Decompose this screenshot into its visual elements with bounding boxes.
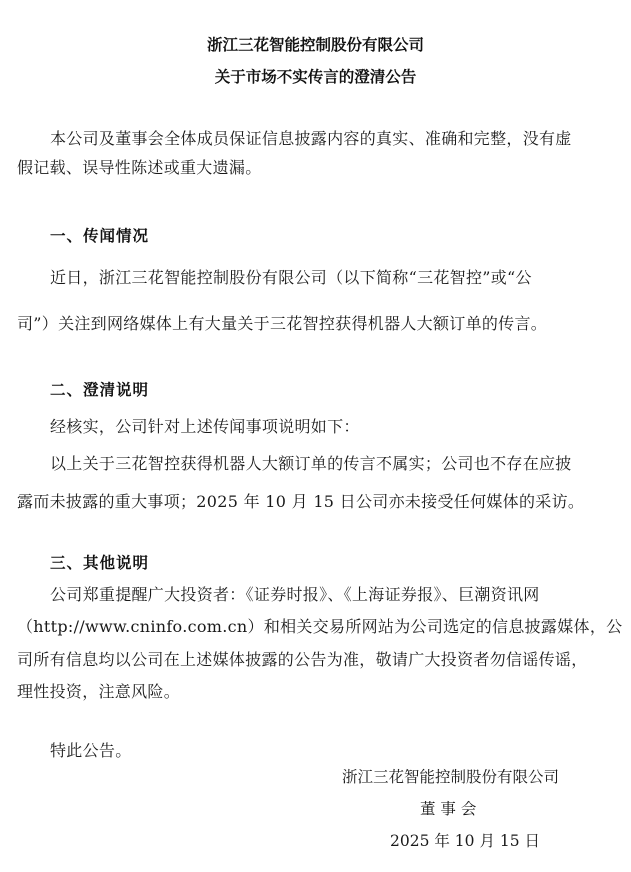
- section-other-line-1: 公司郑重提醒广大投资者：《证券时报》、《上海证券报》、巨潮资讯网: [50, 582, 540, 605]
- intro-line-1: 本公司及董事会全体成员保证信息披露内容的真实、准确和完整，没有虚: [50, 126, 572, 149]
- section-other-line-4: 理性投资，注意风险。: [17, 679, 180, 702]
- section-clarification-line-1: 经核实，公司针对上述传闻事项说明如下：: [50, 414, 360, 437]
- section-heading-clarification: 二、澄清说明: [50, 378, 149, 400]
- section-clarification-line-2: 以上关于三花智控获得机器人大额订单的传言不属实；公司也不存在应披: [50, 451, 572, 474]
- section-other-line-3: 司所有信息均以公司在上述媒体披露的公告为准，敬请广大投资者勿信谣传谣，: [17, 647, 588, 670]
- section-clarification-line-3: 露而未披露的重大事项；2025 年 10 月 15 日公司亦未接受任何媒体的采访…: [17, 489, 584, 512]
- section-rumor-line-1: 近日，浙江三花智能控制股份有限公司（以下简称“三花智控”或“公: [50, 265, 532, 288]
- section-heading-other: 三、其他说明: [50, 551, 149, 573]
- section-other-line-2: （http://www.cninfo.com.cn）和相关交易所网站为公司选定的…: [17, 614, 622, 637]
- signature-board: 董 事 会: [420, 797, 476, 819]
- section-heading-rumor: 一、传闻情况: [50, 224, 149, 246]
- section-rumor-line-2: 司”）关注到网络媒体上有大量关于三花智控获得机器人大额订单的传言。: [17, 311, 547, 334]
- closing-statement: 特此公告。: [50, 738, 132, 761]
- document-title-subject: 关于市场不实传言的澄清公告: [0, 65, 631, 87]
- signature-company: 浙江三花智能控制股份有限公司: [342, 765, 559, 787]
- signature-date: 2025 年 10 月 15 日: [390, 829, 540, 851]
- intro-line-2: 假记载、误导性陈述或重大遗漏。: [17, 155, 262, 178]
- document-title-company: 浙江三花智能控制股份有限公司: [0, 33, 631, 55]
